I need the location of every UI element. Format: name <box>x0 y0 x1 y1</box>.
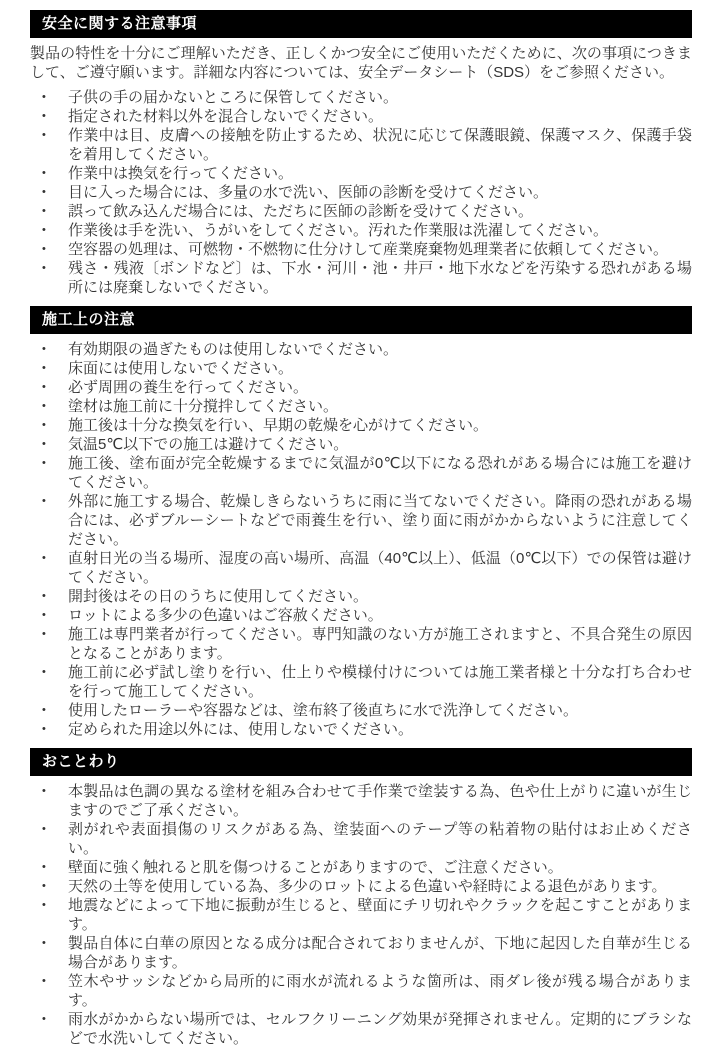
bullet-icon: • <box>42 340 46 359</box>
bullet-icon: • <box>42 107 46 126</box>
list-item: •床面には使用しないでください。 <box>30 359 692 378</box>
list-item: •気温5℃以下での施工は避けてください。 <box>30 435 692 454</box>
section-intro: 製品の特性を十分にご理解いただき、正しくかつ安全にご使用いただくために、次の事項… <box>30 44 692 82</box>
bullet-icon: • <box>42 1010 46 1029</box>
list-item: •目に入った場合には、多量の水で洗い、医師の診断を受けてください。 <box>30 183 692 202</box>
list-item-text: 施工後、塗布面が完全乾燥するまでに気温が0℃以下になる恐れがある場合には施工を避… <box>68 455 692 491</box>
section-header: 施工上の注意 <box>30 306 692 334</box>
list-item-text: 本製品は色調の異なる塗材を組み合わせて手作業で塗装する為、色や仕上がりに違いが生… <box>68 783 692 819</box>
bullet-icon: • <box>42 492 46 511</box>
notice-section: 安全に関する注意事項 製品の特性を十分にご理解いただき、正しくかつ安全にご使用い… <box>30 10 692 297</box>
bullet-list: •子供の手の届かないところに保管してください。•指定された材料以外を混合しないで… <box>30 88 692 297</box>
list-item-text: 天然の土等を使用している為、多少のロットによる色違いや経時による退色があります。 <box>68 878 667 895</box>
list-item-text: 有効期限の過ぎたものは使用しないでください。 <box>68 341 398 358</box>
list-item: •剥がれや表面損傷のリスクがある為、塗装面へのテープ等の粘着物の貼付はお止めくだ… <box>30 820 692 858</box>
list-item-text: 残さ・残液〔ボンドなど〕は、下水・河川・池・井戸・地下水などを汚染する恐れがある… <box>68 260 692 296</box>
list-item: •必ず周囲の養生を行ってください。 <box>30 378 692 397</box>
bullet-icon: • <box>42 820 46 839</box>
list-item: •子供の手の届かないところに保管してください。 <box>30 88 692 107</box>
list-item: •施工前に必ず試し塗りを行い、仕上りや模様付けについては施工業者様と十分な打ち合… <box>30 663 692 701</box>
list-item-text: 作業中は換気を行ってください。 <box>68 165 293 182</box>
bullet-list: •有効期限の過ぎたものは使用しないでください。•床面には使用しないでください。•… <box>30 340 692 739</box>
bullet-icon: • <box>42 782 46 801</box>
list-item-text: 開封後はその日のうちに使用してください。 <box>68 588 368 605</box>
bullet-icon: • <box>42 606 46 625</box>
list-item-text: 誤って飲み込んだ場合には、ただちに医師の診断を受けてください。 <box>68 203 533 220</box>
list-item: •天然の土等を使用している為、多少のロットによる色違いや経時による退色があります… <box>30 877 692 896</box>
list-item: •笠木やサッシなどから局所的に雨水が流れるような箇所は、雨ダレ後が残る場合があり… <box>30 972 692 1010</box>
list-item: •塗材は施工前に十分撹拌してください。 <box>30 397 692 416</box>
bullet-icon: • <box>42 701 46 720</box>
list-item-text: 作業後は手を洗い、うがいをしてください。汚れた作業服は洗濯してください。 <box>68 222 608 239</box>
bullet-icon: • <box>42 435 46 454</box>
bullet-list: •本製品は色調の異なる塗材を組み合わせて手作業で塗装する為、色や仕上がりに違いが… <box>30 782 692 1048</box>
notice-section: おことわり •本製品は色調の異なる塗材を組み合わせて手作業で塗装する為、色や仕上… <box>30 748 692 1048</box>
bullet-icon: • <box>42 549 46 568</box>
bullet-icon: • <box>42 240 46 259</box>
list-item: •直射日光の当る場所、湿度の高い場所、高温（40℃以上）、低温（0℃以下）での保… <box>30 549 692 587</box>
bullet-icon: • <box>42 625 46 644</box>
list-item-text: 作業中は目、皮膚への接触を防止するため、状況に応じて保護眼鏡、保護マスク、保護手… <box>68 127 692 163</box>
list-item: •壁面に強く触れると肌を傷つけることがありますので、ご注意ください。 <box>30 858 692 877</box>
list-item-text: 施工前に必ず試し塗りを行い、仕上りや模様付けについては施工業者様と十分な打ち合わ… <box>68 664 692 700</box>
list-item-text: 直射日光の当る場所、湿度の高い場所、高温（40℃以上）、低温（0℃以下）での保管… <box>68 550 692 586</box>
list-item-text: 子供の手の届かないところに保管してください。 <box>68 89 398 106</box>
list-item: •施工は専門業者が行ってください。専門知識のない方が施工されますと、不具合発生の… <box>30 625 692 663</box>
bullet-icon: • <box>42 183 46 202</box>
list-item-text: 気温5℃以下での施工は避けてください。 <box>68 436 348 453</box>
list-item: •施工後、塗布面が完全乾燥するまでに気温が0℃以下になる恐れがある場合には施工を… <box>30 454 692 492</box>
list-item-text: 定められた用途以外には、使用しないでください。 <box>68 721 413 738</box>
list-item: •使用したローラーや容器などは、塗布終了後直ちに水で洗浄してください。 <box>30 701 692 720</box>
section-header: おことわり <box>30 748 692 776</box>
bullet-icon: • <box>42 416 46 435</box>
list-item: •施工後は十分な換気を行い、早期の乾燥を心がけてください。 <box>30 416 692 435</box>
list-item: •指定された材料以外を混合しないでください。 <box>30 107 692 126</box>
bullet-icon: • <box>42 88 46 107</box>
list-item-text: 施工は専門業者が行ってください。専門知識のない方が施工されますと、不具合発生の原… <box>68 626 692 662</box>
list-item: •製品自体に白華の原因となる成分は配合されておりませんが、下地に起因した自華が生… <box>30 934 692 972</box>
bullet-icon: • <box>42 720 46 739</box>
bullet-icon: • <box>42 587 46 606</box>
list-item-text: 施工後は十分な換気を行い、早期の乾燥を心がけてください。 <box>68 417 488 434</box>
bullet-icon: • <box>42 858 46 877</box>
section-header: 安全に関する注意事項 <box>30 10 692 38</box>
bullet-icon: • <box>42 202 46 221</box>
list-item: •定められた用途以外には、使用しないでください。 <box>30 720 692 739</box>
list-item: •残さ・残液〔ボンドなど〕は、下水・河川・池・井戸・地下水などを汚染する恐れがあ… <box>30 259 692 297</box>
list-item-text: 使用したローラーや容器などは、塗布終了後直ちに水で洗浄してください。 <box>68 702 578 719</box>
bullet-icon: • <box>42 359 46 378</box>
bullet-icon: • <box>42 896 46 915</box>
list-item: •作業中は目、皮膚への接触を防止するため、状況に応じて保護眼鏡、保護マスク、保護… <box>30 126 692 164</box>
list-item-text: 製品自体に白華の原因となる成分は配合されておりませんが、下地に起因した自華が生じ… <box>68 935 692 971</box>
list-item: •有効期限の過ぎたものは使用しないでください。 <box>30 340 692 359</box>
list-item-text: 剥がれや表面損傷のリスクがある為、塗装面へのテープ等の粘着物の貼付はお止めくださ… <box>68 821 692 857</box>
list-item-text: 指定された材料以外を混合しないでください。 <box>68 108 383 125</box>
list-item-text: 笠木やサッシなどから局所的に雨水が流れるような箇所は、雨ダレ後が残る場合がありま… <box>68 973 692 1009</box>
document-page: 安全に関する注意事項 製品の特性を十分にご理解いただき、正しくかつ安全にご使用い… <box>0 0 720 1050</box>
notice-section: 施工上の注意 •有効期限の過ぎたものは使用しないでください。•床面には使用しない… <box>30 306 692 739</box>
list-item: •ロットによる多少の色違いはご容赦ください。 <box>30 606 692 625</box>
bullet-icon: • <box>42 259 46 278</box>
list-item-text: 目に入った場合には、多量の水で洗い、医師の診断を受けてください。 <box>68 184 548 201</box>
list-item-text: 雨水がかからない場所では、セルフクリーニング効果が発揮されません。定期的にブラシ… <box>68 1011 692 1047</box>
list-item: •雨水がかからない場所では、セルフクリーニング効果が発揮されません。定期的にブラ… <box>30 1010 692 1048</box>
bullet-icon: • <box>42 221 46 240</box>
list-item: •外部に施工する場合、乾燥しきらないうちに雨に当てないでください。降雨の恐れがあ… <box>30 492 692 549</box>
bullet-icon: • <box>42 126 46 145</box>
list-item: •開封後はその日のうちに使用してください。 <box>30 587 692 606</box>
bullet-icon: • <box>42 972 46 991</box>
list-item-text: 空容器の処理は、可燃物・不燃物に仕分けして産業廃棄物処理業者に依頼してください。 <box>68 241 668 258</box>
list-item: •地震などによって下地に振動が生じると、壁面にチリ切れやクラックを起こすことがあ… <box>30 896 692 934</box>
bullet-icon: • <box>42 397 46 416</box>
bullet-icon: • <box>42 164 46 183</box>
bullet-icon: • <box>42 378 46 397</box>
bullet-icon: • <box>42 934 46 953</box>
list-item-text: 必ず周囲の養生を行ってください。 <box>68 379 308 396</box>
list-item-text: 床面には使用しないでください。 <box>68 360 293 377</box>
list-item: •作業後は手を洗い、うがいをしてください。汚れた作業服は洗濯してください。 <box>30 221 692 240</box>
list-item: •本製品は色調の異なる塗材を組み合わせて手作業で塗装する為、色や仕上がりに違いが… <box>30 782 692 820</box>
list-item-text: 塗材は施工前に十分撹拌してください。 <box>68 398 338 415</box>
list-item: •誤って飲み込んだ場合には、ただちに医師の診断を受けてください。 <box>30 202 692 221</box>
list-item: •作業中は換気を行ってください。 <box>30 164 692 183</box>
bullet-icon: • <box>42 454 46 473</box>
bullet-icon: • <box>42 877 46 896</box>
list-item-text: ロットによる多少の色違いはご容赦ください。 <box>68 607 383 624</box>
list-item-text: 地震などによって下地に振動が生じると、壁面にチリ切れやクラックを起こすことがあり… <box>68 897 692 933</box>
list-item-text: 外部に施工する場合、乾燥しきらないうちに雨に当てないでください。降雨の恐れがある… <box>68 493 692 548</box>
list-item-text: 壁面に強く触れると肌を傷つけることがありますので、ご注意ください。 <box>68 859 563 876</box>
list-item: •空容器の処理は、可燃物・不燃物に仕分けして産業廃棄物処理業者に依頼してください… <box>30 240 692 259</box>
bullet-icon: • <box>42 663 46 682</box>
